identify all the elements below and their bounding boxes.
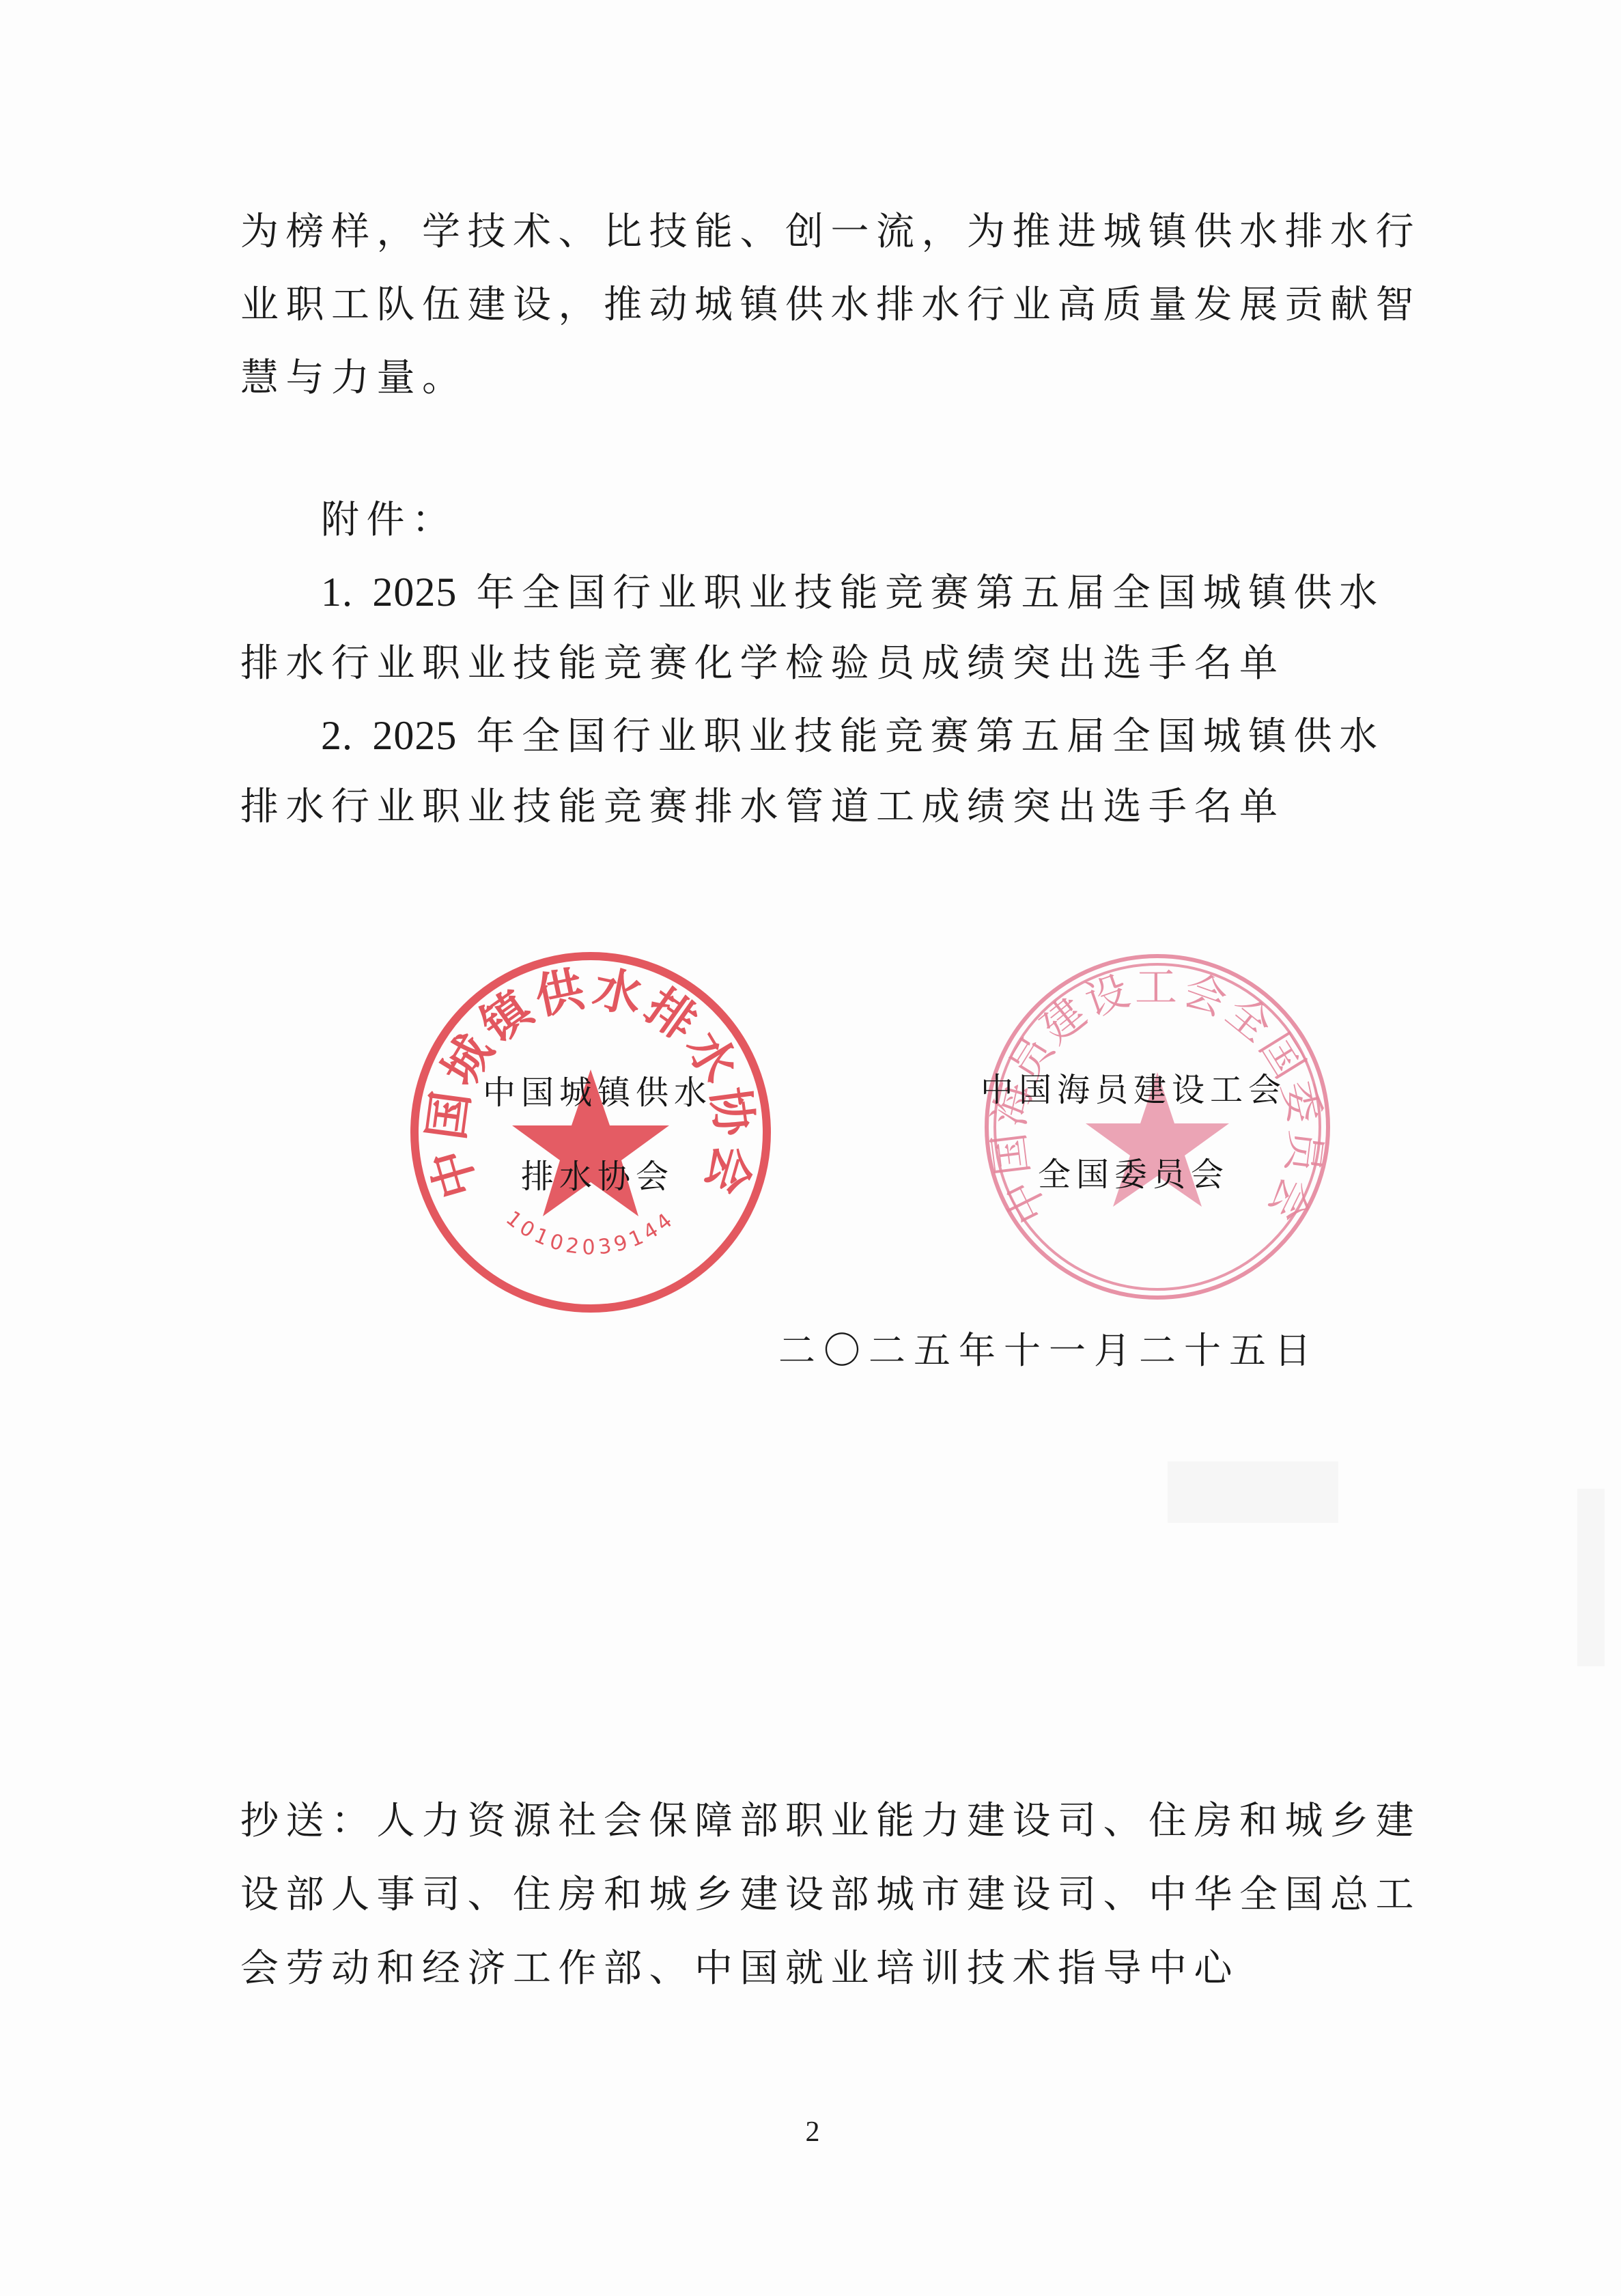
attachment-year: 2025 [372, 570, 457, 615]
signatory-2-name-line2: 全国委员会 [970, 1154, 1297, 1195]
attachment-year: 2025 [372, 713, 457, 758]
attachment-item-1: 1. 2025 年全国行业职业技能竞赛第五届全国城镇供水 [321, 568, 1372, 617]
paragraph-line: 慧与力量。 [240, 354, 1374, 402]
paragraph-line: 业职工队伍建设，推动城镇供水排水行业高质量发展贡献智 [240, 281, 1374, 329]
attachments-heading: 附件： [321, 496, 1372, 544]
official-seal-seamen-union: 中国海员建设工会全国委员会 [976, 946, 1338, 1308]
page-number: 2 [792, 2116, 833, 2148]
cc-line: 设部人事司、住房和城乡建设部城市建设司、中华全国总工 [240, 1871, 1374, 1919]
official-seal-water-association: 中国城镇供水排水协会 1101020391446 [406, 948, 775, 1317]
scan-artifact [1577, 1489, 1605, 1666]
signatory-2-name-line1: 中国海员建设工会 [970, 1069, 1297, 1110]
attachment-item-2-continued: 排水行业职业技能竞赛排水管道工成绩突出选手名单 [240, 783, 1374, 831]
attachment-item-1-continued: 排水行业职业技能竞赛化学检验员成绩突出选手名单 [240, 640, 1374, 688]
seal-stamp-icon: 中国海员建设工会全国委员会 [976, 946, 1338, 1308]
attachment-number: 2. [321, 713, 353, 758]
document-page: 为榜样，学技术、比技能、创一流，为推进城镇供水排水行 业职工队伍建设，推动城镇供… [0, 0, 1621, 2296]
attachment-title: 年全国行业职业技能竞赛第五届全国城镇供水 [477, 714, 1385, 759]
issue-date: 二〇二五年十一月二十五日 [778, 1321, 1319, 1374]
signatory-1-name-line1: 中国城镇供水 [454, 1072, 741, 1113]
scan-artifact [1168, 1461, 1338, 1523]
attachment-title: 年全国行业职业技能竞赛第五届全国城镇供水 [477, 571, 1385, 615]
seal-stamp-icon: 中国城镇供水排水协会 1101020391446 [406, 948, 775, 1317]
cc-line: 抄送：人力资源社会保障部职业能力建设司、住房和城乡建 [240, 1797, 1374, 1845]
attachment-item-2: 2. 2025 年全国行业职业技能竞赛第五届全国城镇供水 [321, 712, 1372, 761]
attachment-number: 1. [321, 570, 353, 615]
signatory-1-name-line2: 排水协会 [454, 1156, 741, 1197]
cc-line: 会劳动和经济工作部、中国就业培训技术指导中心 [240, 1945, 1374, 1993]
paragraph-line: 为榜样，学技术、比技能、创一流，为推进城镇供水排水行 [240, 208, 1374, 256]
